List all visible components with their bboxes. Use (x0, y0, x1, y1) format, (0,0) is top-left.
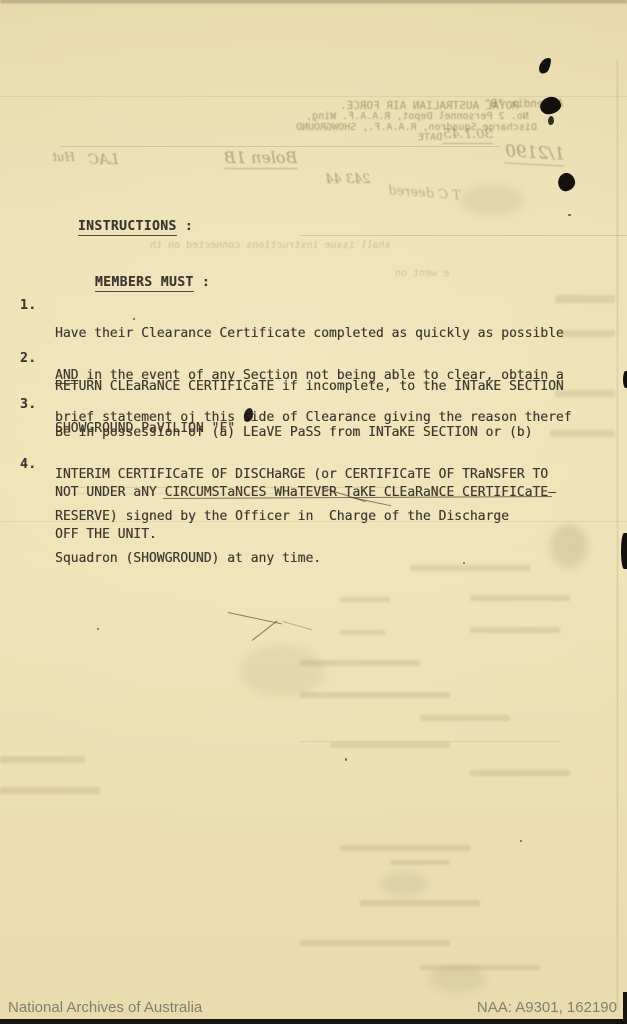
bleedthrough-mark (555, 295, 615, 303)
item-number: 3. (20, 398, 36, 412)
instruction-item-4: NOT UNDER aNY CIRCUMSTaNCES WHaTEVER TaK… (55, 458, 556, 570)
speck (133, 318, 135, 320)
members-must-subheading: MEMBERS MUST : (62, 262, 210, 304)
bleedthrough-mark (330, 742, 450, 748)
faint-underline (55, 493, 355, 494)
bleedthrough-handwriting: LAC (88, 152, 118, 168)
archive-reference-label: NAA: A9301, 162190 (477, 999, 617, 1016)
bleedthrough-handwriting: Hut (52, 150, 75, 164)
smudge-stain (460, 185, 524, 215)
bleedthrough-handwriting: 243 44 (325, 172, 371, 187)
bleedthrough-mark (340, 630, 385, 635)
bleedthrough-mark (470, 627, 560, 633)
bleedthrough-mark (0, 787, 100, 794)
scratch-mark (252, 620, 278, 640)
ink-blot (548, 116, 554, 125)
bleedthrough-mark (410, 565, 530, 571)
bleedthrough-mark (550, 430, 615, 437)
bleedthrough-handwriting: Bolen 1B (224, 148, 297, 169)
bleedthrough-text: No. 2 Personnel Depot, R.A.A.F. Wing, (306, 111, 529, 122)
bleedthrough-mark (390, 860, 450, 865)
bleedthrough-text: e went on (395, 268, 449, 279)
faint-underline (55, 487, 400, 488)
bleedthrough-handwriting: 1/2190 (504, 141, 565, 166)
speck (345, 758, 347, 761)
ink-blot (556, 171, 577, 193)
bleedthrough-mark (470, 595, 570, 601)
bleedthrough-text: Discharge Squadron, R.A.A.F., SHOWGROUND (296, 122, 537, 133)
bleedthrough-handwriting: 30.1.45 (443, 127, 493, 144)
speck (463, 562, 465, 564)
ink-blot-edge (621, 533, 627, 569)
item-line: RETURN CLEaRaNCE CERTIFICaTE if incomple… (55, 380, 564, 394)
bleedthrough-mark (300, 660, 420, 666)
archive-source-label: National Archives of Australia (8, 999, 202, 1016)
trailing-dash: — (548, 485, 556, 500)
bleedthrough-mark (300, 940, 450, 946)
bleedthrough-handwriting: T C deered (388, 183, 462, 203)
item-number: 2. (20, 352, 36, 366)
subheading-colon: : (194, 275, 210, 290)
vertical-fold-crease (617, 60, 618, 1010)
bleedthrough-text: DATE (418, 132, 442, 143)
speck (97, 628, 99, 630)
members-must-text: MEMBERS MUST (95, 275, 194, 292)
right-scan-edge (623, 992, 627, 1024)
smudge-stain (240, 645, 325, 697)
bleed-rule (60, 146, 500, 147)
bleedthrough-mark (340, 845, 470, 851)
instructions-heading: INSTRUCTIONS : (45, 206, 193, 248)
item-line: Be in possession of (a) LEaVE PaSS from … (55, 426, 548, 440)
bleedthrough-mark (300, 692, 450, 698)
bleedthrough-mark (560, 330, 615, 337)
ink-blot-edge (623, 371, 627, 388)
speck (568, 214, 571, 216)
speck (520, 840, 522, 842)
item-line: Have their Clearance Certificate complet… (55, 327, 572, 341)
scratch-mark (283, 621, 312, 630)
bleedthrough-mark (470, 770, 570, 776)
bleedthrough-mark (555, 390, 615, 397)
top-edge-smudge (0, 0, 627, 3)
item-number: 1. (20, 299, 36, 313)
scanned-document-page: ROYAL AUSTRALIAN AIR FORCE. Appendix "B"… (0, 0, 627, 1024)
ink-blot (537, 56, 553, 76)
bleedthrough-mark (420, 715, 510, 721)
heading-colon: : (177, 219, 193, 234)
instructions-heading-text: INSTRUCTIONS (78, 219, 177, 236)
smudge-stain (380, 872, 428, 896)
bottom-scan-edge (0, 1019, 627, 1024)
bleedthrough-mark (420, 965, 540, 970)
bleed-rule (300, 235, 627, 236)
item-line: OFF THE UNIT. (55, 528, 556, 542)
bleedthrough-mark (340, 597, 390, 602)
smudge-stain (550, 524, 588, 568)
bleedthrough-mark (360, 900, 480, 906)
bleedthrough-mark (0, 756, 85, 763)
item-number: 4. (20, 458, 36, 472)
